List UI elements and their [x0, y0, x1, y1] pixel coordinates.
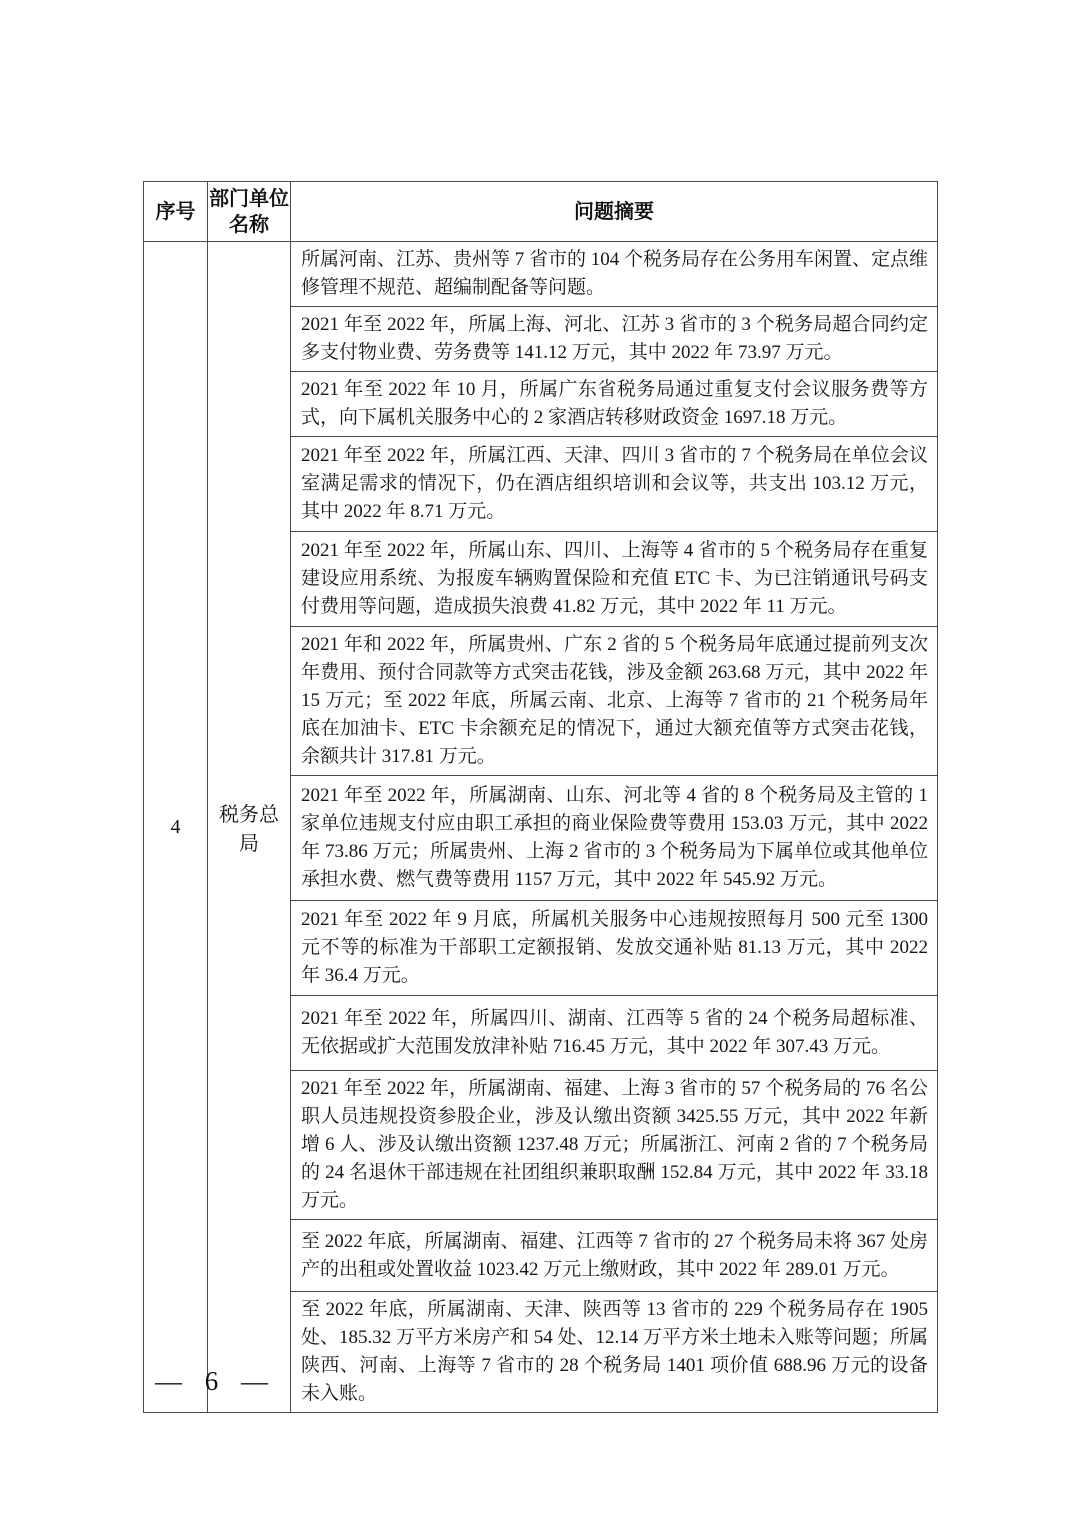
- page-number-text: — 6 —: [155, 1366, 268, 1396]
- header-department-name: 部门单位名称: [208, 182, 291, 242]
- header-issue-summary: 问题摘要: [291, 182, 938, 242]
- row-seq-number: 4: [144, 242, 208, 1413]
- issue-summary-cell-4: 2021 年至 2022 年，所属江西、天津、四川 3 省市的 7 个税务局在单…: [291, 437, 938, 532]
- issue-summary-cell-9: 2021 年至 2022 年，所属四川、湖南、江西等 5 省的 24 个税务局超…: [291, 996, 938, 1071]
- issue-summary-cell-8: 2021 年至 2022 年 9 月底，所属机关服务中心违规按照每月 500 元…: [291, 901, 938, 996]
- issue-summary-cell-2: 2021 年至 2022 年，所属上海、河北、江苏 3 省市的 3 个税务局超合…: [291, 307, 938, 372]
- issue-summary-cell-3: 2021 年至 2022 年 10 月，所属广东省税务局通过重复支付会议服务费等…: [291, 372, 938, 437]
- issue-summary-cell-5: 2021 年至 2022 年，所属山东、四川、上海等 4 省市的 5 个税务局存…: [291, 532, 938, 627]
- issue-summary-cell-6: 2021 年和 2022 年，所属贵州、广东 2 省的 5 个税务局年底通过提前…: [291, 627, 938, 776]
- document-page: 序号 部门单位名称 问题摘要 4 税务总局 所属河南、江苏、贵州等 7 省市的 …: [0, 0, 1080, 1527]
- page-number: — 6 —: [155, 1366, 268, 1397]
- header-seq: 序号: [144, 182, 208, 242]
- table-header-row: 序号 部门单位名称 问题摘要: [144, 182, 938, 242]
- issue-summary-cell-10: 2021 年至 2022 年，所属湖南、福建、上海 3 省市的 57 个税务局的…: [291, 1071, 938, 1220]
- audit-issues-table: 序号 部门单位名称 问题摘要 4 税务总局 所属河南、江苏、贵州等 7 省市的 …: [143, 181, 938, 1413]
- issue-summary-cell-1: 所属河南、江苏、贵州等 7 省市的 104 个税务局存在公务用车闲置、定点维修管…: [291, 242, 938, 307]
- issue-summary-cell-11: 至 2022 年底，所属湖南、福建、江西等 7 省市的 27 个税务局未将 36…: [291, 1220, 938, 1292]
- issue-summary-cell-7: 2021 年至 2022 年，所属湖南、山东、河北等 4 省的 8 个税务局及主…: [291, 776, 938, 901]
- row-department-name: 税务总局: [208, 242, 291, 1413]
- table-row: 4 税务总局 所属河南、江苏、贵州等 7 省市的 104 个税务局存在公务用车闲…: [144, 242, 938, 307]
- issue-summary-cell-12: 至 2022 年底，所属湖南、天津、陕西等 13 省市的 229 个税务局存在 …: [291, 1292, 938, 1413]
